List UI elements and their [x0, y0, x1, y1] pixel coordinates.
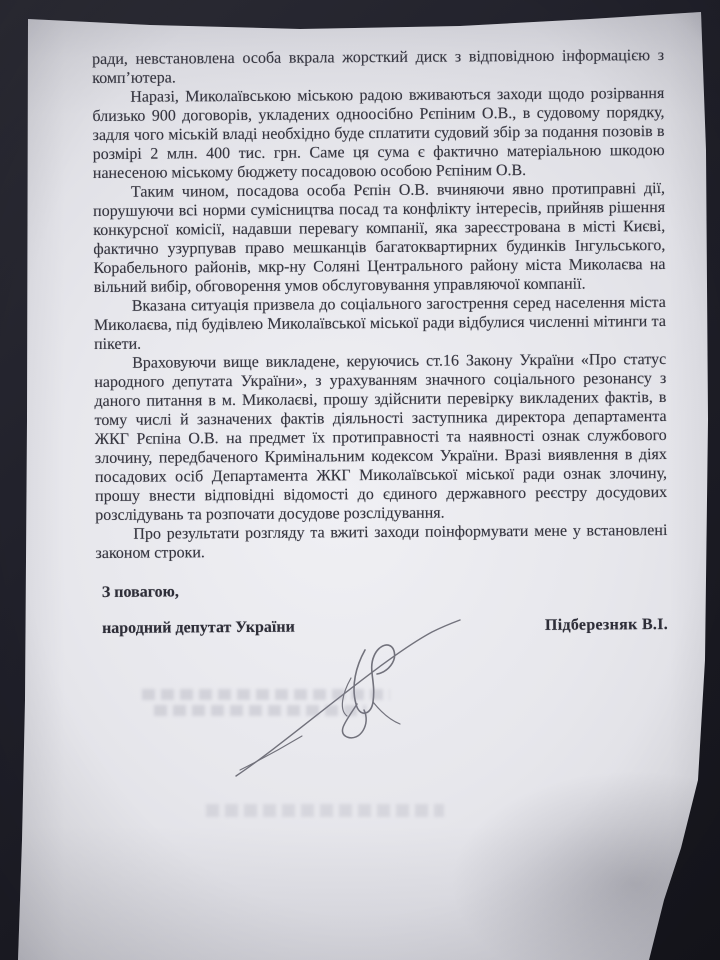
closing-block: З повагою, народний депутат України Підб… — [96, 579, 668, 638]
signer-title: народний депутат України — [102, 618, 295, 638]
paragraph: Наразі, Миколаївською міською радою вжив… — [92, 84, 665, 183]
bleed-through-text — [206, 804, 444, 817]
paragraph: ради, невстановлена особа вкрала жорстки… — [92, 46, 664, 88]
handwritten-signature — [230, 618, 530, 793]
paragraph: Вказана ситуація призвела до соціального… — [94, 293, 666, 354]
bleed-through-text — [154, 705, 366, 716]
paragraph: Про результати розгляду та вжиті заходи … — [95, 521, 667, 563]
letter-body: ради, невстановлена особа вкрала жорстки… — [92, 46, 668, 638]
paragraph: Враховуючи вище викладене, керуючись ст.… — [94, 350, 667, 525]
salutation: З повагою, — [102, 579, 668, 602]
bleed-through-text — [142, 689, 390, 700]
photo-background: ради, невстановлена особа вкрала жорстки… — [0, 0, 720, 960]
document-page: ради, невстановлена особа вкрала жорстки… — [0, 0, 720, 960]
signer-name: Підберезняк В.І. — [545, 615, 668, 635]
paragraph: Таким чином, посадова особа Рєпін О.В. в… — [93, 179, 666, 297]
